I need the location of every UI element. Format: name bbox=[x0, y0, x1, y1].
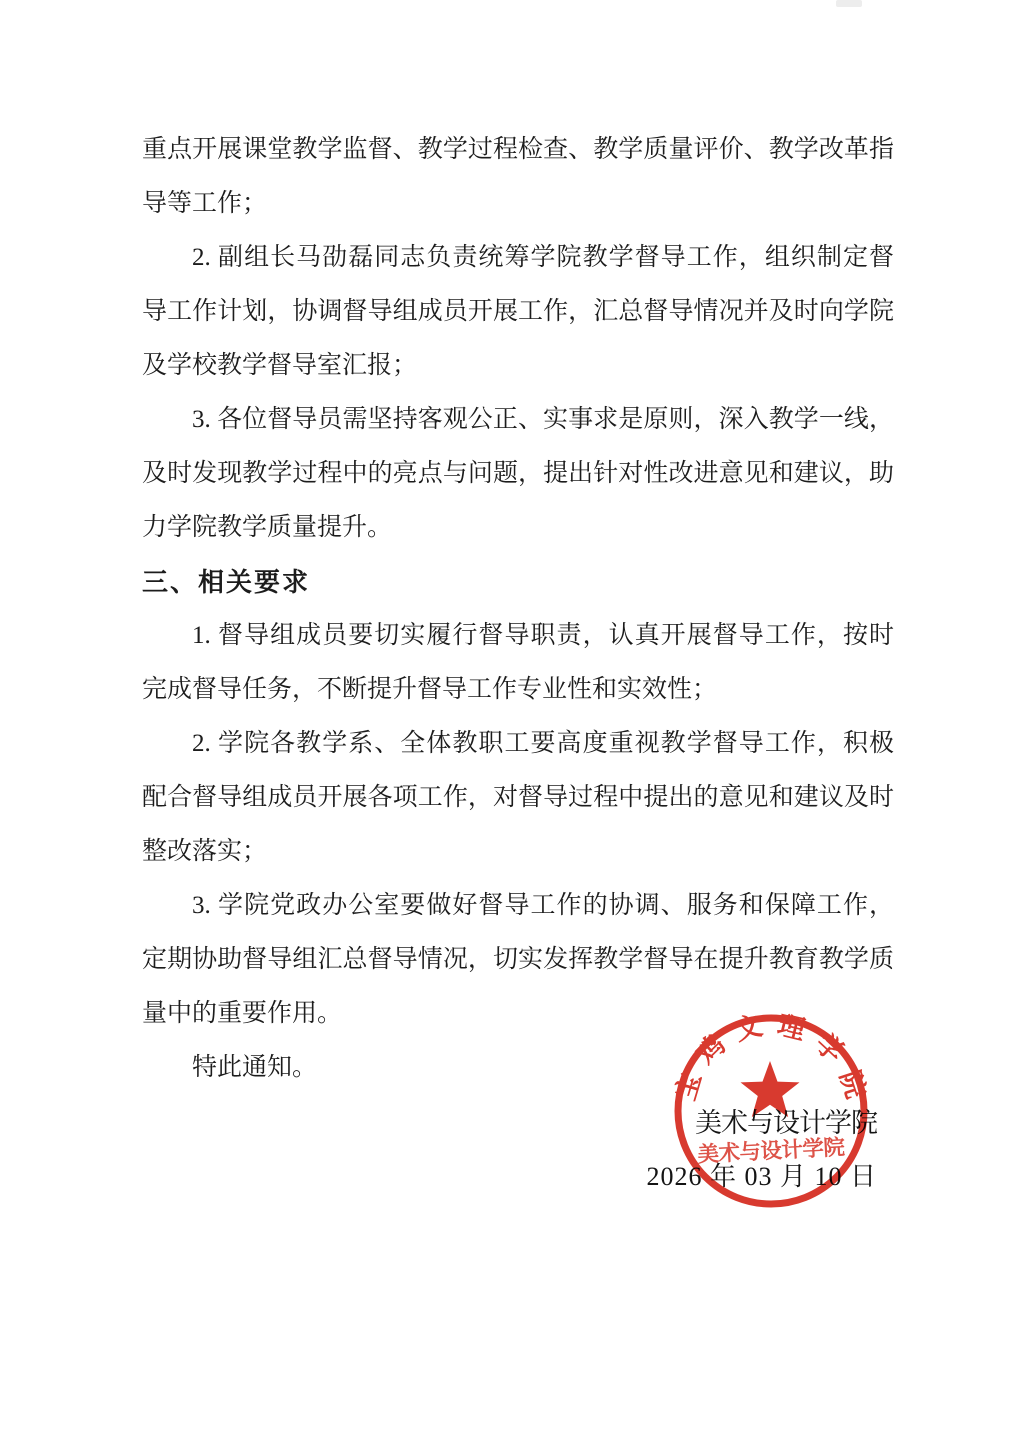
document-page: 重点开展课堂教学监督、教学过程检查、教学质量评价、教学改革指 导等工作； 2. … bbox=[0, 0, 1024, 1449]
document-line: 整改落实； bbox=[142, 825, 894, 879]
document-line: 导工作计划，协调督导组成员开展工作，汇总督导情况并及时向学院 bbox=[142, 285, 894, 339]
scan-artifact bbox=[836, 0, 862, 7]
document-line: 配合督导组成员开展各项工作，对督导过程中提出的意见和建议及时 bbox=[142, 771, 894, 825]
signature-block: 美术与设计学院 2026 年 03 月 10 日 bbox=[646, 1096, 877, 1204]
document-line: 1. 督导组成员要切实履行督导职责，认真开展督导工作，按时 bbox=[142, 609, 894, 663]
document-line: 力学院教学质量提升。 bbox=[142, 501, 894, 555]
document-line: 完成督导任务，不断提升督导工作专业性和实效性； bbox=[142, 663, 894, 717]
document-line: 及学校教学督导室汇报； bbox=[142, 339, 894, 393]
document-line: 及时发现教学过程中的亮点与问题，提出针对性改进意见和建议，助 bbox=[142, 447, 894, 501]
document-line: 量中的重要作用。 bbox=[142, 987, 894, 1041]
document-line: 重点开展课堂教学监督、教学过程检查、教学质量评价、教学改革指 bbox=[142, 123, 894, 177]
document-line: 导等工作； bbox=[142, 177, 894, 231]
document-line: 2. 副组长马劭磊同志负责统筹学院教学督导工作，组织制定督 bbox=[142, 231, 894, 285]
document-line: 定期协助督导组汇总督导情况，切实发挥教学督导在提升教育教学质 bbox=[142, 933, 894, 987]
document-line: 2. 学院各教学系、全体教职工要高度重视教学督导工作，积极 bbox=[142, 717, 894, 771]
signature-date: 2026 年 03 月 10 日 bbox=[646, 1150, 877, 1204]
signature-department: 美术与设计学院 bbox=[646, 1096, 877, 1150]
document-line: 3. 各位督导员需坚持客观公正、实事求是原则，深入教学一线， bbox=[142, 393, 894, 447]
closing-line: 特此通知。 bbox=[142, 1041, 894, 1095]
document-line: 3. 学院党政办公室要做好督导工作的协调、服务和保障工作， bbox=[142, 879, 894, 933]
document-body: 重点开展课堂教学监督、教学过程检查、教学质量评价、教学改革指 导等工作； 2. … bbox=[142, 123, 894, 1095]
section-heading: 三、相关要求 bbox=[142, 555, 894, 609]
